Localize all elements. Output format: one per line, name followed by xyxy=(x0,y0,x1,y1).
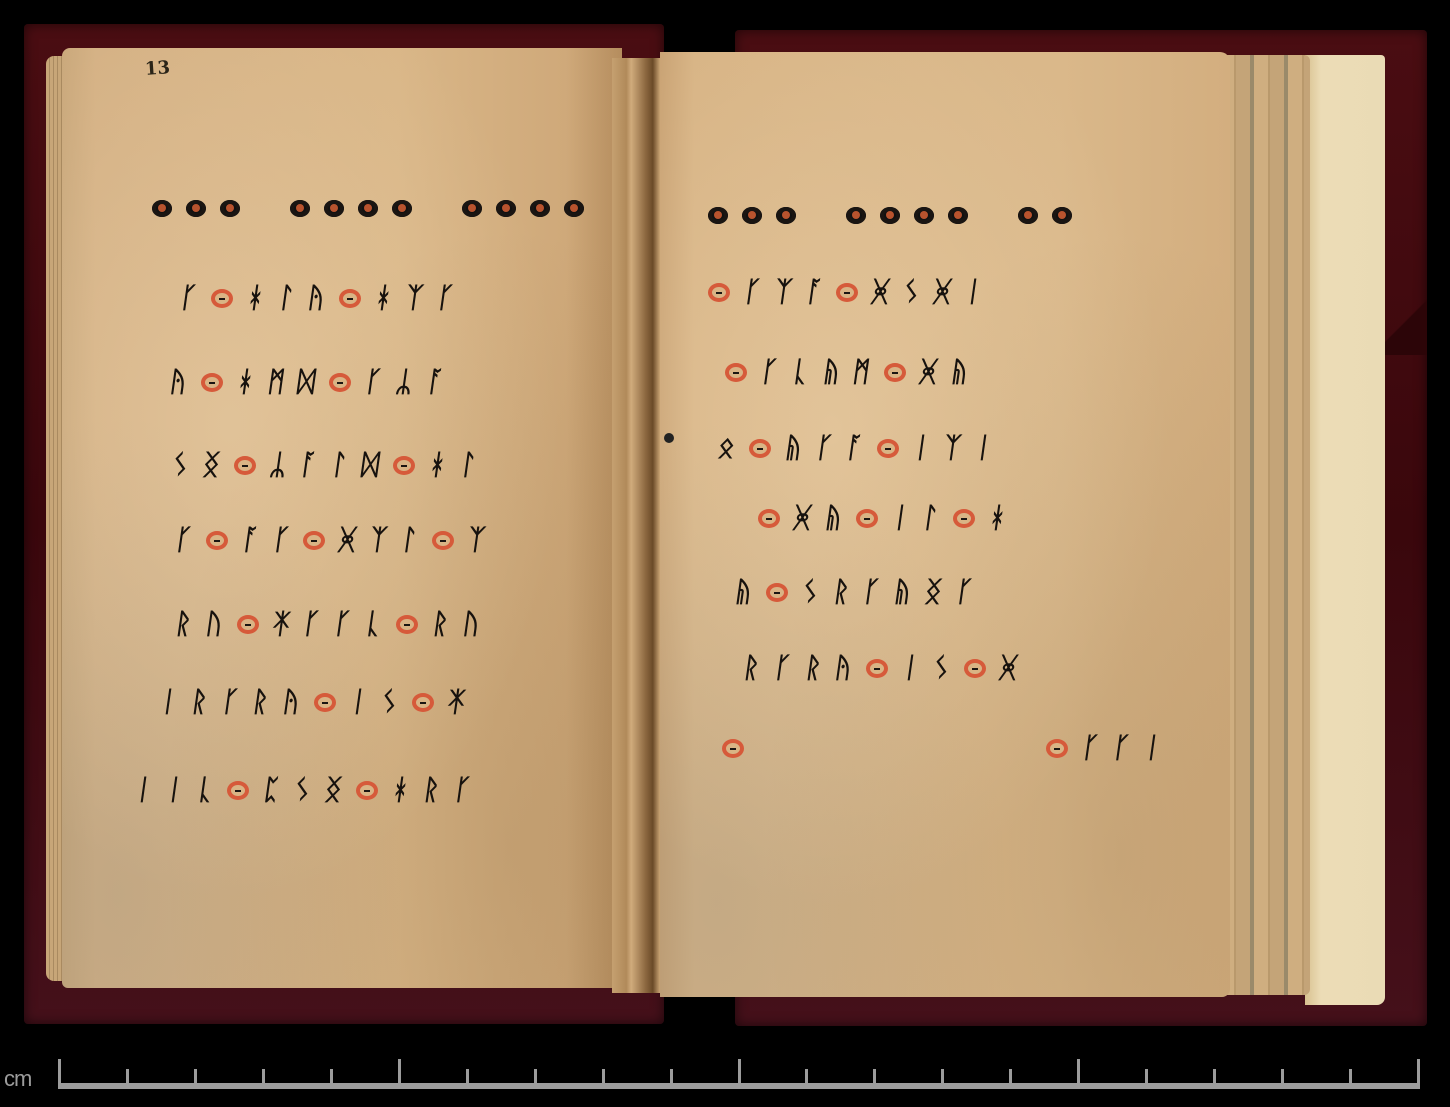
right-text-line: ᛟᚥᚴᚪᛁᛉᛁ xyxy=(718,428,992,468)
script-glyph: ᚤ xyxy=(168,368,189,396)
script-glyph: ᛚ xyxy=(329,451,350,479)
script-glyph: ᛁ xyxy=(890,504,911,532)
red-word-divider-glyph xyxy=(884,363,906,382)
scale-tick xyxy=(1281,1069,1284,1083)
script-glyph: ᛉ xyxy=(466,526,487,554)
scale-tick xyxy=(194,1069,197,1083)
script-glyph: ᛗ xyxy=(851,358,872,386)
red-word-divider-glyph xyxy=(856,509,878,528)
red-word-divider-glyph xyxy=(396,615,418,634)
script-glyph: ᚴ xyxy=(861,578,882,606)
script-glyph: ᛉ xyxy=(368,526,389,554)
script-glyph: ᚴ xyxy=(759,358,780,386)
numeral-dot-glyph xyxy=(152,200,172,217)
script-glyph: ᛟ xyxy=(716,434,737,462)
script-glyph: ᚼ xyxy=(245,284,266,312)
red-word-divider-glyph xyxy=(766,583,788,602)
scale-tick xyxy=(1145,1069,1148,1083)
script-glyph: ᚸ xyxy=(932,278,953,306)
script-glyph: ᚴ xyxy=(1111,734,1132,762)
red-word-divider-glyph xyxy=(708,283,730,302)
script-glyph: ᚸ xyxy=(870,278,891,306)
scale-tick xyxy=(58,1059,61,1083)
red-word-divider-glyph xyxy=(722,739,744,758)
script-glyph: ᚼ xyxy=(427,451,448,479)
scale-tick xyxy=(738,1059,741,1083)
numeral-dot-glyph xyxy=(392,200,412,217)
numeral-dot-glyph xyxy=(324,200,344,217)
scale-tick xyxy=(670,1069,673,1083)
red-word-divider-glyph xyxy=(964,659,986,678)
red-word-divider-glyph xyxy=(227,781,249,800)
script-glyph: ᚱ xyxy=(250,688,271,716)
script-glyph: ᚳ xyxy=(790,358,811,386)
script-glyph: ᚴ xyxy=(742,278,763,306)
red-word-divider-glyph xyxy=(211,289,233,308)
script-glyph: ᛁ xyxy=(158,688,179,716)
scale-tick xyxy=(398,1059,401,1083)
numeral-dot-glyph xyxy=(186,200,206,217)
script-glyph: ᚴ xyxy=(954,578,975,606)
script-glyph: ᚥ xyxy=(949,358,970,386)
script-glyph: ᛝ xyxy=(323,776,344,804)
red-word-divider-glyph xyxy=(866,659,888,678)
script-glyph: ᛊ xyxy=(379,688,400,716)
script-glyph: ᛊ xyxy=(901,278,922,306)
script-glyph: ᛊ xyxy=(800,578,821,606)
red-word-divider-glyph xyxy=(303,531,325,550)
script-glyph: ᚥ xyxy=(821,358,842,386)
script-glyph: ᛊ xyxy=(931,654,952,682)
script-glyph: ᚴ xyxy=(271,526,292,554)
numeral-dot-glyph xyxy=(880,207,900,224)
red-word-divider-glyph xyxy=(234,456,256,475)
script-glyph: ᚥ xyxy=(892,578,913,606)
script-glyph: ᚼ xyxy=(235,368,256,396)
cover-corner-leather xyxy=(1379,295,1427,355)
left-text-line: ᛁᚱᚴᚱᚤᛁᛊᛡ xyxy=(160,682,465,722)
numeral-dot-glyph xyxy=(220,200,240,217)
scale-tick xyxy=(330,1069,333,1083)
numeral-dot-glyph xyxy=(846,207,866,224)
script-glyph: ᚴ xyxy=(363,368,384,396)
script-glyph: ᚱ xyxy=(803,654,824,682)
red-word-divider-glyph xyxy=(412,693,434,712)
scale-tick xyxy=(534,1069,537,1083)
script-glyph: ᚱ xyxy=(173,610,194,638)
script-glyph: ᚴ xyxy=(178,284,199,312)
script-glyph: ᚱ xyxy=(189,688,210,716)
script-glyph: ᚥ xyxy=(733,578,754,606)
script-glyph: ᚤ xyxy=(281,688,302,716)
script-glyph: ᚪ xyxy=(804,278,825,306)
script-glyph: ᚸ xyxy=(337,526,358,554)
script-glyph: ᚴ xyxy=(435,284,456,312)
script-glyph: ᛚ xyxy=(920,504,941,532)
script-glyph: ᛊ xyxy=(292,776,313,804)
scale-tick xyxy=(1349,1069,1352,1083)
script-glyph: ᛡ xyxy=(271,610,292,638)
numeral-dot-glyph xyxy=(1018,207,1038,224)
numeral-dot-glyph xyxy=(914,207,934,224)
numeral-dot-glyph xyxy=(564,200,584,217)
numeral-dot-glyph xyxy=(948,207,968,224)
script-glyph: ᛁ xyxy=(963,278,984,306)
right-text-line: ᚥᛊᚱᚴᚥᛝᚴ xyxy=(735,572,973,612)
script-glyph: ᚳ xyxy=(195,776,216,804)
red-word-divider-glyph xyxy=(836,283,858,302)
script-glyph: ᚳ xyxy=(363,610,384,638)
endpaper xyxy=(1305,55,1385,1005)
script-glyph: ᛉ xyxy=(773,278,794,306)
red-word-divider-glyph xyxy=(356,781,378,800)
red-word-divider-glyph xyxy=(329,373,351,392)
scale-tick xyxy=(805,1069,808,1083)
script-glyph: ᛁ xyxy=(164,776,185,804)
script-glyph: ᛡ xyxy=(446,688,467,716)
scale-tick xyxy=(1009,1069,1012,1083)
script-glyph: ᚴ xyxy=(814,434,835,462)
ink-blot xyxy=(664,433,674,443)
numeral-dot-glyph xyxy=(708,207,728,224)
script-glyph: ᛉ xyxy=(404,284,425,312)
scale-tick xyxy=(466,1069,469,1083)
script-glyph: ᚤ xyxy=(833,654,854,682)
script-glyph: ᚱ xyxy=(430,610,451,638)
book-gutter xyxy=(612,58,660,993)
script-glyph: ᛁ xyxy=(911,434,932,462)
left-text-line: ᛊᛝᛦᚪᛚᛞᚼᛚ xyxy=(172,445,477,485)
left-text-line: ᚱᚢᛡᚴᚴᚳᚱᚢ xyxy=(175,604,480,644)
script-glyph: ᚸ xyxy=(792,504,813,532)
red-word-divider-glyph xyxy=(749,439,771,458)
right-text-line: ᚴᚳᚥᛗᚸᚥ xyxy=(725,352,968,392)
red-word-divider-glyph xyxy=(393,456,415,475)
red-word-divider-glyph xyxy=(725,363,747,382)
scale-bar xyxy=(58,1083,1420,1089)
scale-tick xyxy=(126,1069,129,1083)
numeral-dot-glyph xyxy=(358,200,378,217)
script-glyph: ᛗ xyxy=(266,368,287,396)
numeral-dot-glyph xyxy=(290,200,310,217)
red-word-divider-glyph xyxy=(1046,739,1068,758)
left-text-line: ᛁᛁᚳᛈᛊᛝᚼᚱᚴ xyxy=(135,770,470,810)
script-glyph: ᚪ xyxy=(240,526,261,554)
script-glyph: ᛁ xyxy=(1142,734,1163,762)
red-word-divider-glyph xyxy=(953,509,975,528)
script-glyph: ᛁ xyxy=(348,688,369,716)
script-glyph: ᚼ xyxy=(390,776,411,804)
script-glyph: ᚱ xyxy=(741,654,762,682)
script-glyph: ᚴ xyxy=(452,776,473,804)
script-glyph: ᚴ xyxy=(220,688,241,716)
script-glyph: ᚱ xyxy=(421,776,442,804)
script-glyph: ᛉ xyxy=(942,434,963,462)
numeral-dot-glyph xyxy=(462,200,482,217)
script-glyph: ᚴ xyxy=(173,526,194,554)
scale-tick xyxy=(1417,1059,1420,1083)
red-word-divider-glyph xyxy=(206,531,228,550)
folio-number: 13 xyxy=(144,57,170,80)
scale-tick xyxy=(262,1069,265,1083)
left-text-line xyxy=(152,188,584,228)
scale-tick xyxy=(1213,1069,1216,1083)
script-glyph: ᚢ xyxy=(461,610,482,638)
right-text-line: ᚱᚴᚱᚤᛁᛊᚸ xyxy=(743,648,1017,688)
script-glyph: ᚪ xyxy=(844,434,865,462)
script-glyph: ᛁ xyxy=(133,776,154,804)
red-word-divider-glyph xyxy=(432,531,454,550)
right-text-line xyxy=(708,195,1072,235)
script-glyph: ᛚ xyxy=(276,284,297,312)
red-word-divider-glyph xyxy=(758,509,780,528)
red-word-divider-glyph xyxy=(314,693,336,712)
scale-tick xyxy=(941,1069,944,1083)
script-glyph: ᛈ xyxy=(261,776,282,804)
numeral-dot-glyph xyxy=(530,200,550,217)
numeral-dot-glyph xyxy=(1052,207,1072,224)
scale-tick xyxy=(602,1069,605,1083)
script-glyph: ᛞ xyxy=(360,451,381,479)
script-glyph: ᛚ xyxy=(458,451,479,479)
script-glyph: ᚪ xyxy=(298,451,319,479)
left-text-line: ᚴᚼᛚᚤᚼᛉᚴ xyxy=(180,278,454,318)
script-glyph: ᚼ xyxy=(373,284,394,312)
script-glyph: ᚢ xyxy=(204,610,225,638)
numeral-dot-glyph xyxy=(742,207,762,224)
right-text-line: ᚴᚴᛁ xyxy=(722,728,1160,768)
script-glyph: ᚤ xyxy=(306,284,327,312)
script-glyph: ᛦ xyxy=(268,451,289,479)
script-glyph: ᛝ xyxy=(201,451,222,479)
left-text-line: ᚤᚼᛗᛞᚴᛦᚪ xyxy=(170,362,444,402)
script-glyph: ᚴ xyxy=(332,610,353,638)
script-glyph: ᚸ xyxy=(918,358,939,386)
left-text-line: ᚴᚪᚴᚸᛉᛚᛉ xyxy=(175,520,485,560)
script-glyph: ᛚ xyxy=(399,526,420,554)
script-glyph: ᚥ xyxy=(823,504,844,532)
right-text-line: ᚴᛉᚪᚸᛊᚸᛁ xyxy=(708,272,982,312)
scale-tick xyxy=(1077,1059,1080,1083)
scale-tick xyxy=(873,1069,876,1083)
script-glyph: ᚼ xyxy=(987,504,1008,532)
script-glyph: ᛝ xyxy=(923,578,944,606)
script-glyph: ᛊ xyxy=(170,451,191,479)
red-word-divider-glyph xyxy=(339,289,361,308)
right-text-line: ᚸᚥᛁᛚᚼ xyxy=(758,498,1006,538)
numeral-dot-glyph xyxy=(776,207,796,224)
script-glyph: ᛁ xyxy=(900,654,921,682)
numeral-dot-glyph xyxy=(496,200,516,217)
script-glyph: ᛞ xyxy=(296,368,317,396)
script-glyph: ᚴ xyxy=(301,610,322,638)
scale-unit-label: cm xyxy=(4,1066,31,1092)
script-glyph: ᚸ xyxy=(998,654,1019,682)
script-glyph: ᛁ xyxy=(973,434,994,462)
script-glyph: ᚪ xyxy=(425,368,446,396)
right-leaf-stack xyxy=(1220,55,1310,995)
script-glyph: ᚴ xyxy=(1080,734,1101,762)
script-glyph: ᚱ xyxy=(831,578,852,606)
red-word-divider-glyph xyxy=(877,439,899,458)
red-word-divider-glyph xyxy=(201,373,223,392)
script-glyph: ᚥ xyxy=(783,434,804,462)
script-glyph: ᚴ xyxy=(772,654,793,682)
script-glyph: ᛦ xyxy=(394,368,415,396)
red-word-divider-glyph xyxy=(237,615,259,634)
